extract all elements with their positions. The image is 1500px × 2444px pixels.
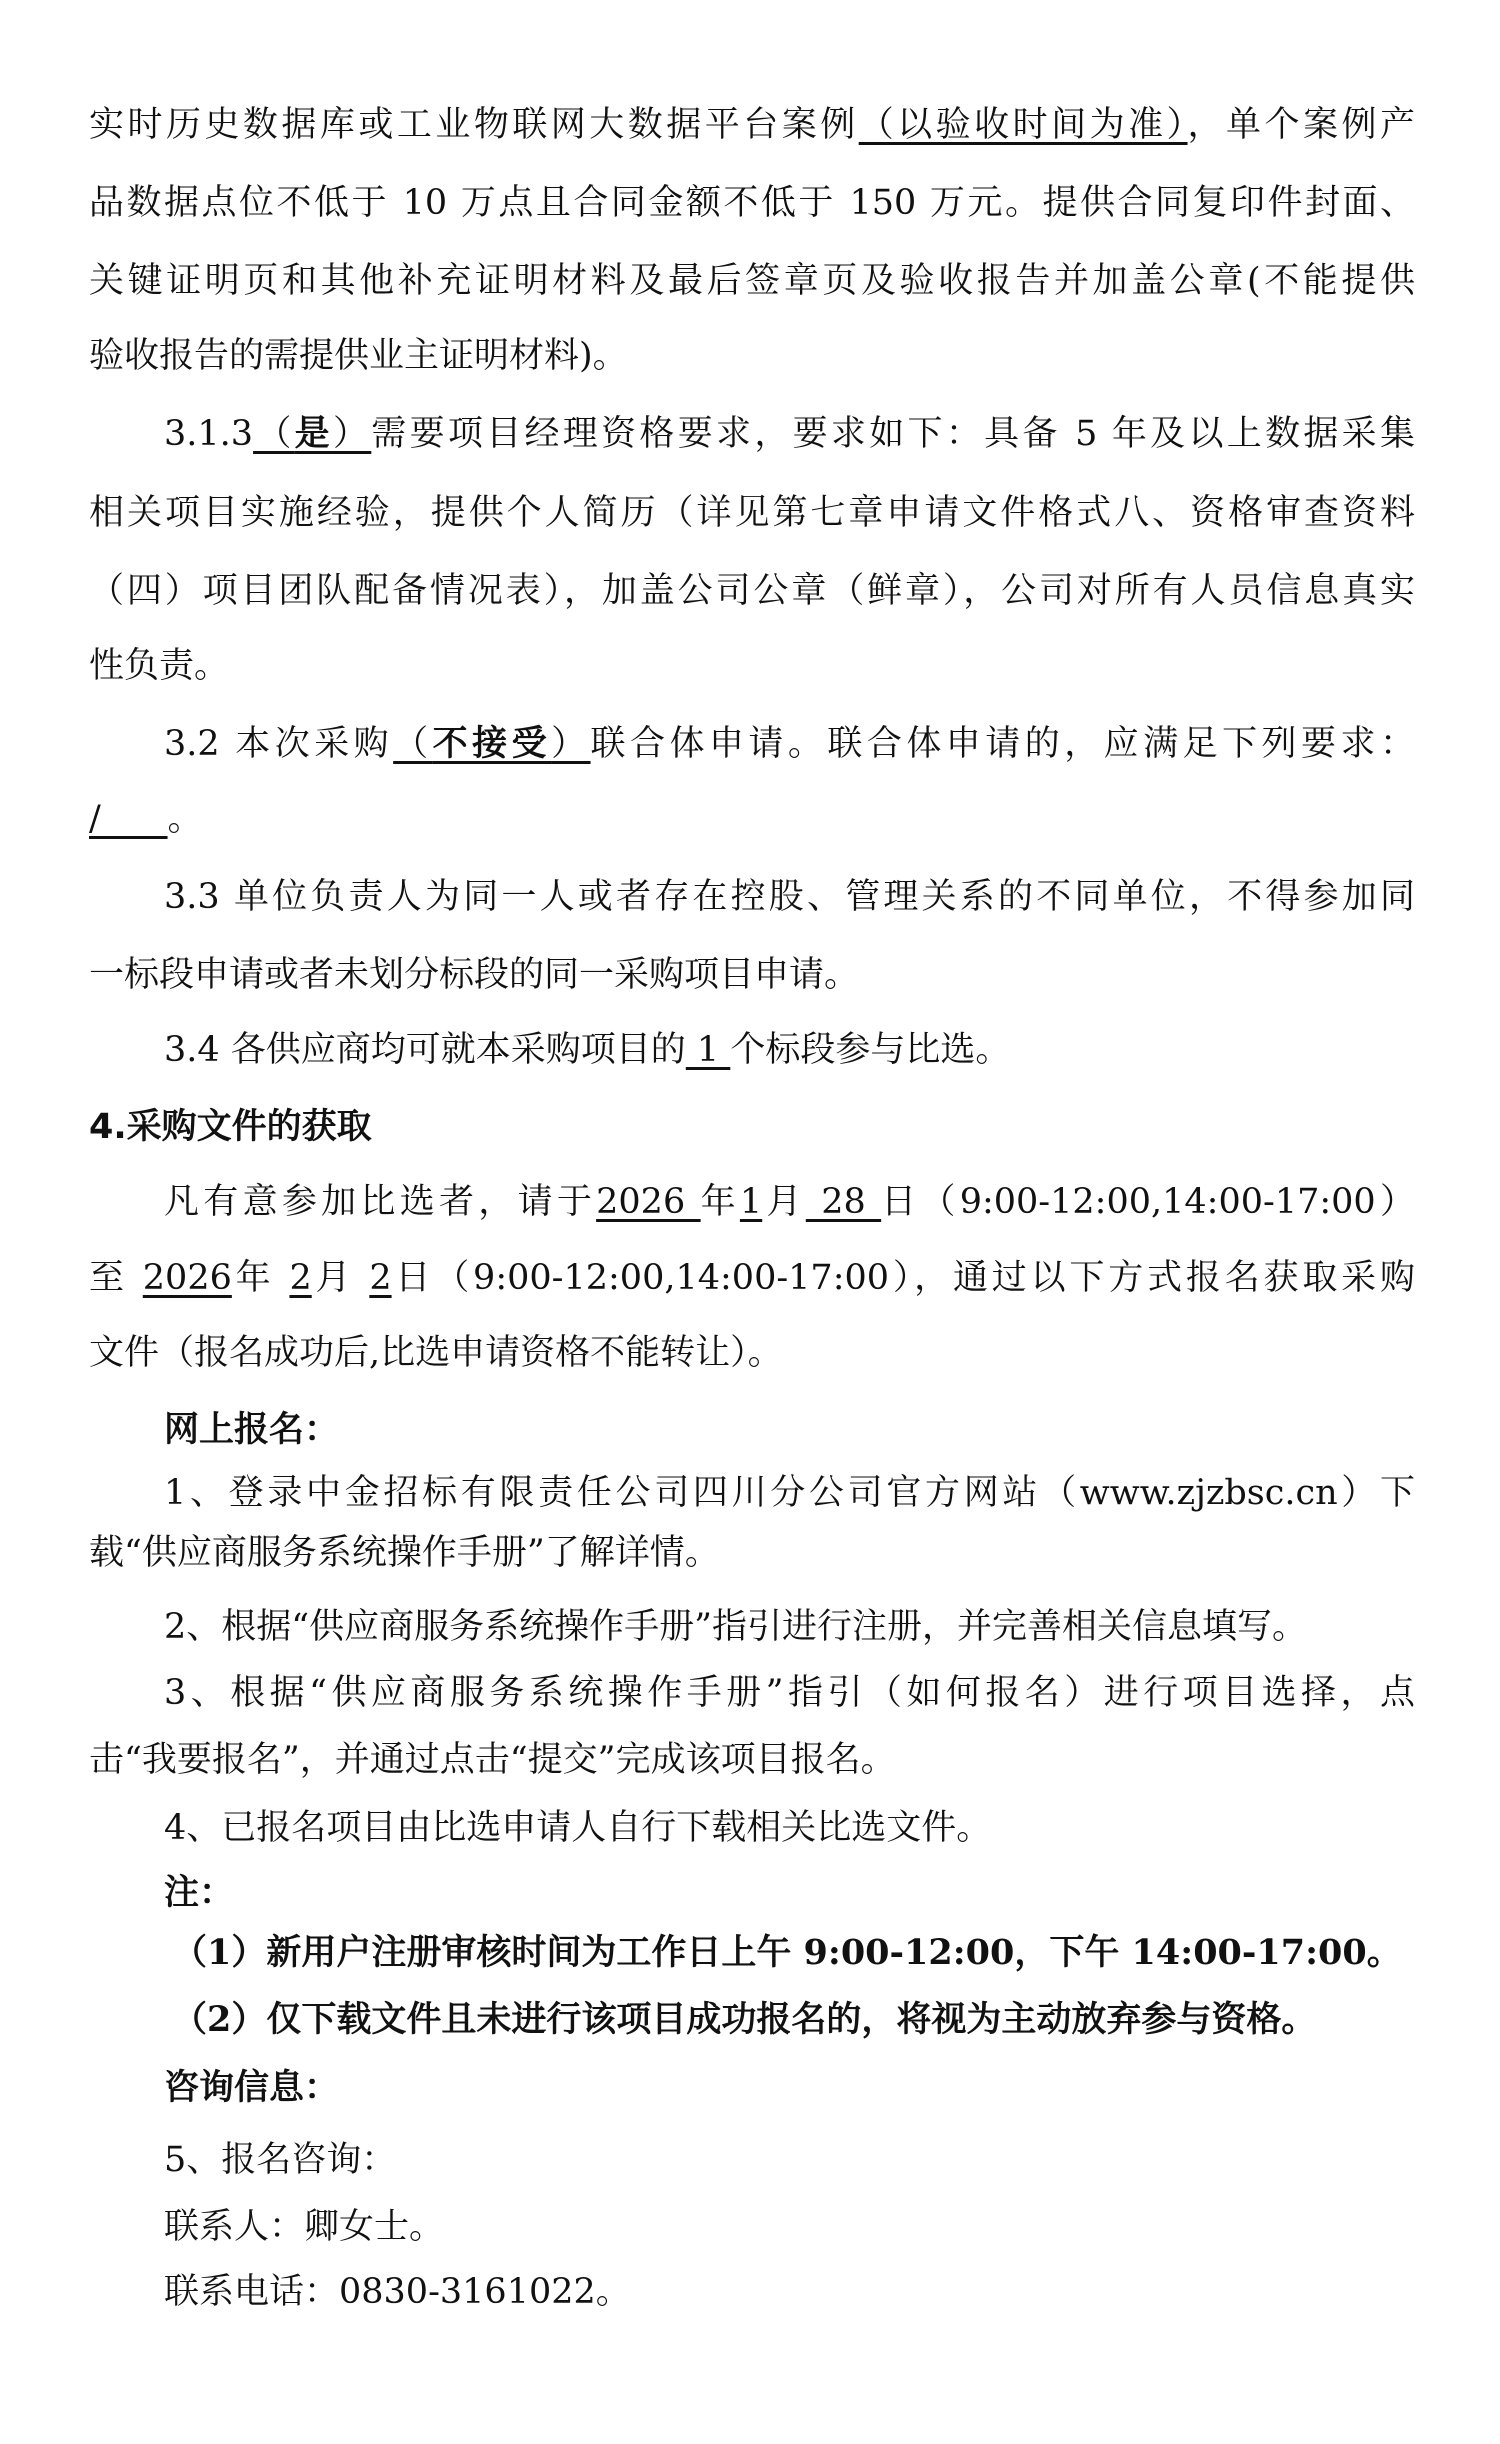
section-4-intro-line-3: 文件（报名成功后,比选申请资格不能转让）。: [89, 1328, 1415, 1378]
text-segment: 3.2 本次采购: [164, 724, 393, 764]
requirement-3-1-2-line-2: 品数据点位不低于 10 万点且合同金额不低于 150 万元。提供合同复印件封面、: [89, 178, 1415, 228]
start-day: 28: [806, 1182, 881, 1222]
requirement-3-1-3-line-3: （四）项目团队配备情况表），加盖公司公章（鲜章），公司对所有人员信息真实: [89, 566, 1415, 616]
start-year: 2026: [596, 1182, 700, 1222]
text-segment: 月: [312, 1258, 355, 1298]
underlined-slash-blank: /: [89, 799, 168, 839]
requirement-3-1-2-line-1: 实时历史数据库或工业物联网大数据平台案例（以验收时间为准），单个案例产: [89, 100, 1415, 150]
requirement-3-1-3-line-2: 相关项目实施经验，提供个人简历（详见第七章申请文件格式八、资格审查资料: [89, 488, 1415, 538]
text-segment: 。: [168, 799, 203, 839]
underlined-answer-yes: （是）: [253, 414, 371, 454]
underlined-acceptance-basis: （以验收时间为准）: [859, 105, 1188, 145]
underlined-lot-count: 1: [686, 1030, 731, 1070]
note-2: （2）仅下载文件且未进行该项目成功报名的，将视为主动放弃参与资格。: [172, 1995, 1415, 2045]
text-segment: 年: [701, 1182, 740, 1222]
text-segment: 月: [762, 1182, 806, 1222]
note-1: （1）新用户注册审核时间为工作日上午 9:00-12:00，下午 14:00-1…: [172, 1928, 1415, 1978]
text-segment: 个标段参与比选。: [730, 1030, 1010, 1070]
text-segment: 年: [232, 1258, 275, 1298]
requirement-3-1-3-line-1: 3.1.3（是）需要项目经理资格要求，要求如下：具备 5 年及以上数据采集: [164, 409, 1415, 459]
consultation-heading: 咨询信息：: [164, 2063, 1415, 2113]
text-segment: 日（9:00-12:00,14:00-17:00），通过以下方式报名获取采购: [392, 1258, 1415, 1298]
requirement-3-1-3-line-4: 性负责。: [89, 641, 1415, 691]
requirement-3-2-line-2: / 。: [89, 794, 1415, 844]
text-segment: 3.4 各供应商均可就本采购项目的: [164, 1030, 686, 1070]
requirement-3-1-2-line-4: 验收报告的需提供业主证明材料)。: [89, 331, 1415, 381]
consultation-item-5: 5、报名咨询：: [164, 2135, 1415, 2185]
underlined-answer-not-accepted: （不接受）: [393, 724, 590, 764]
end-month: 2: [289, 1258, 311, 1298]
registration-step-3-line-1: 3、根据“供应商服务系统操作手册”指引（如何报名）进行项目选择，点: [164, 1668, 1415, 1718]
end-day: 2: [369, 1258, 391, 1298]
text-segment: 实时历史数据库或工业物联网大数据平台案例: [89, 105, 859, 145]
requirement-3-3-line-2: 一标段申请或者未划分标段的同一采购项目申请。: [89, 950, 1415, 1000]
requirement-3-1-2-line-3: 关键证明页和其他补充证明材料及最后签章页及验收报告并加盖公章(不能提供: [89, 256, 1415, 306]
requirement-3-2-line-1: 3.2 本次采购（不接受）联合体申请。联合体申请的，应满足下列要求：: [164, 719, 1415, 769]
clause-number: 3.1.3: [164, 414, 253, 454]
contact-person: 联系人：卿女士。: [164, 2202, 1415, 2252]
text-segment: 联合体申请。联合体申请的，应满足下列要求：: [591, 724, 1415, 764]
text-segment: 日（9:00-12:00,14:00-17:00）: [881, 1182, 1415, 1222]
registration-step-1-line-1: 1、登录中金招标有限责任公司四川分公司官方网站（www.zjzbsc.cn）下: [164, 1468, 1415, 1518]
section-4-intro-line-1: 凡有意参加比选者，请于2026 年1月 28 日（9:00-12:00,14:0…: [164, 1177, 1415, 1227]
requirement-3-3-line-1: 3.3 单位负责人为同一人或者存在控股、管理关系的不同单位，不得参加同: [164, 872, 1415, 922]
section-4-intro-line-2: 至 2026年 2月 2日（9:00-12:00,14:00-17:00），通过…: [89, 1253, 1415, 1303]
section-4-heading: 4.采购文件的获取: [89, 1102, 1415, 1152]
registration-step-1-line-2: 载“供应商服务系统操作手册”了解详情。: [89, 1528, 1415, 1578]
registration-step-4: 4、已报名项目由比选申请人自行下载相关比选文件。: [164, 1803, 1415, 1853]
start-month: 1: [740, 1182, 762, 1222]
text-segment: 需要项目经理资格要求，要求如下：具备 5 年及以上数据采集: [371, 414, 1415, 454]
registration-step-3-line-2: 击“我要报名”，并通过点击“提交”完成该项目报名。: [89, 1735, 1415, 1785]
contact-phone: 联系电话：0830-3161022。: [164, 2267, 1415, 2317]
requirement-3-4: 3.4 各供应商均可就本采购项目的 1 个标段参与比选。: [164, 1025, 1415, 1075]
online-registration-heading: 网上报名：: [164, 1405, 1415, 1455]
registration-step-2: 2、根据“供应商服务系统操作手册”指引进行注册，并完善相关信息填写。: [164, 1602, 1415, 1652]
text-segment: 凡有意参加比选者，请于: [164, 1182, 596, 1222]
notes-heading: 注：: [164, 1868, 1415, 1918]
text-segment: ，单个案例产: [1188, 105, 1415, 145]
text-segment: 至: [89, 1258, 128, 1298]
document-page: 实时历史数据库或工业物联网大数据平台案例（以验收时间为准），单个案例产 品数据点…: [0, 0, 1500, 2444]
end-year: 2026: [143, 1258, 232, 1298]
